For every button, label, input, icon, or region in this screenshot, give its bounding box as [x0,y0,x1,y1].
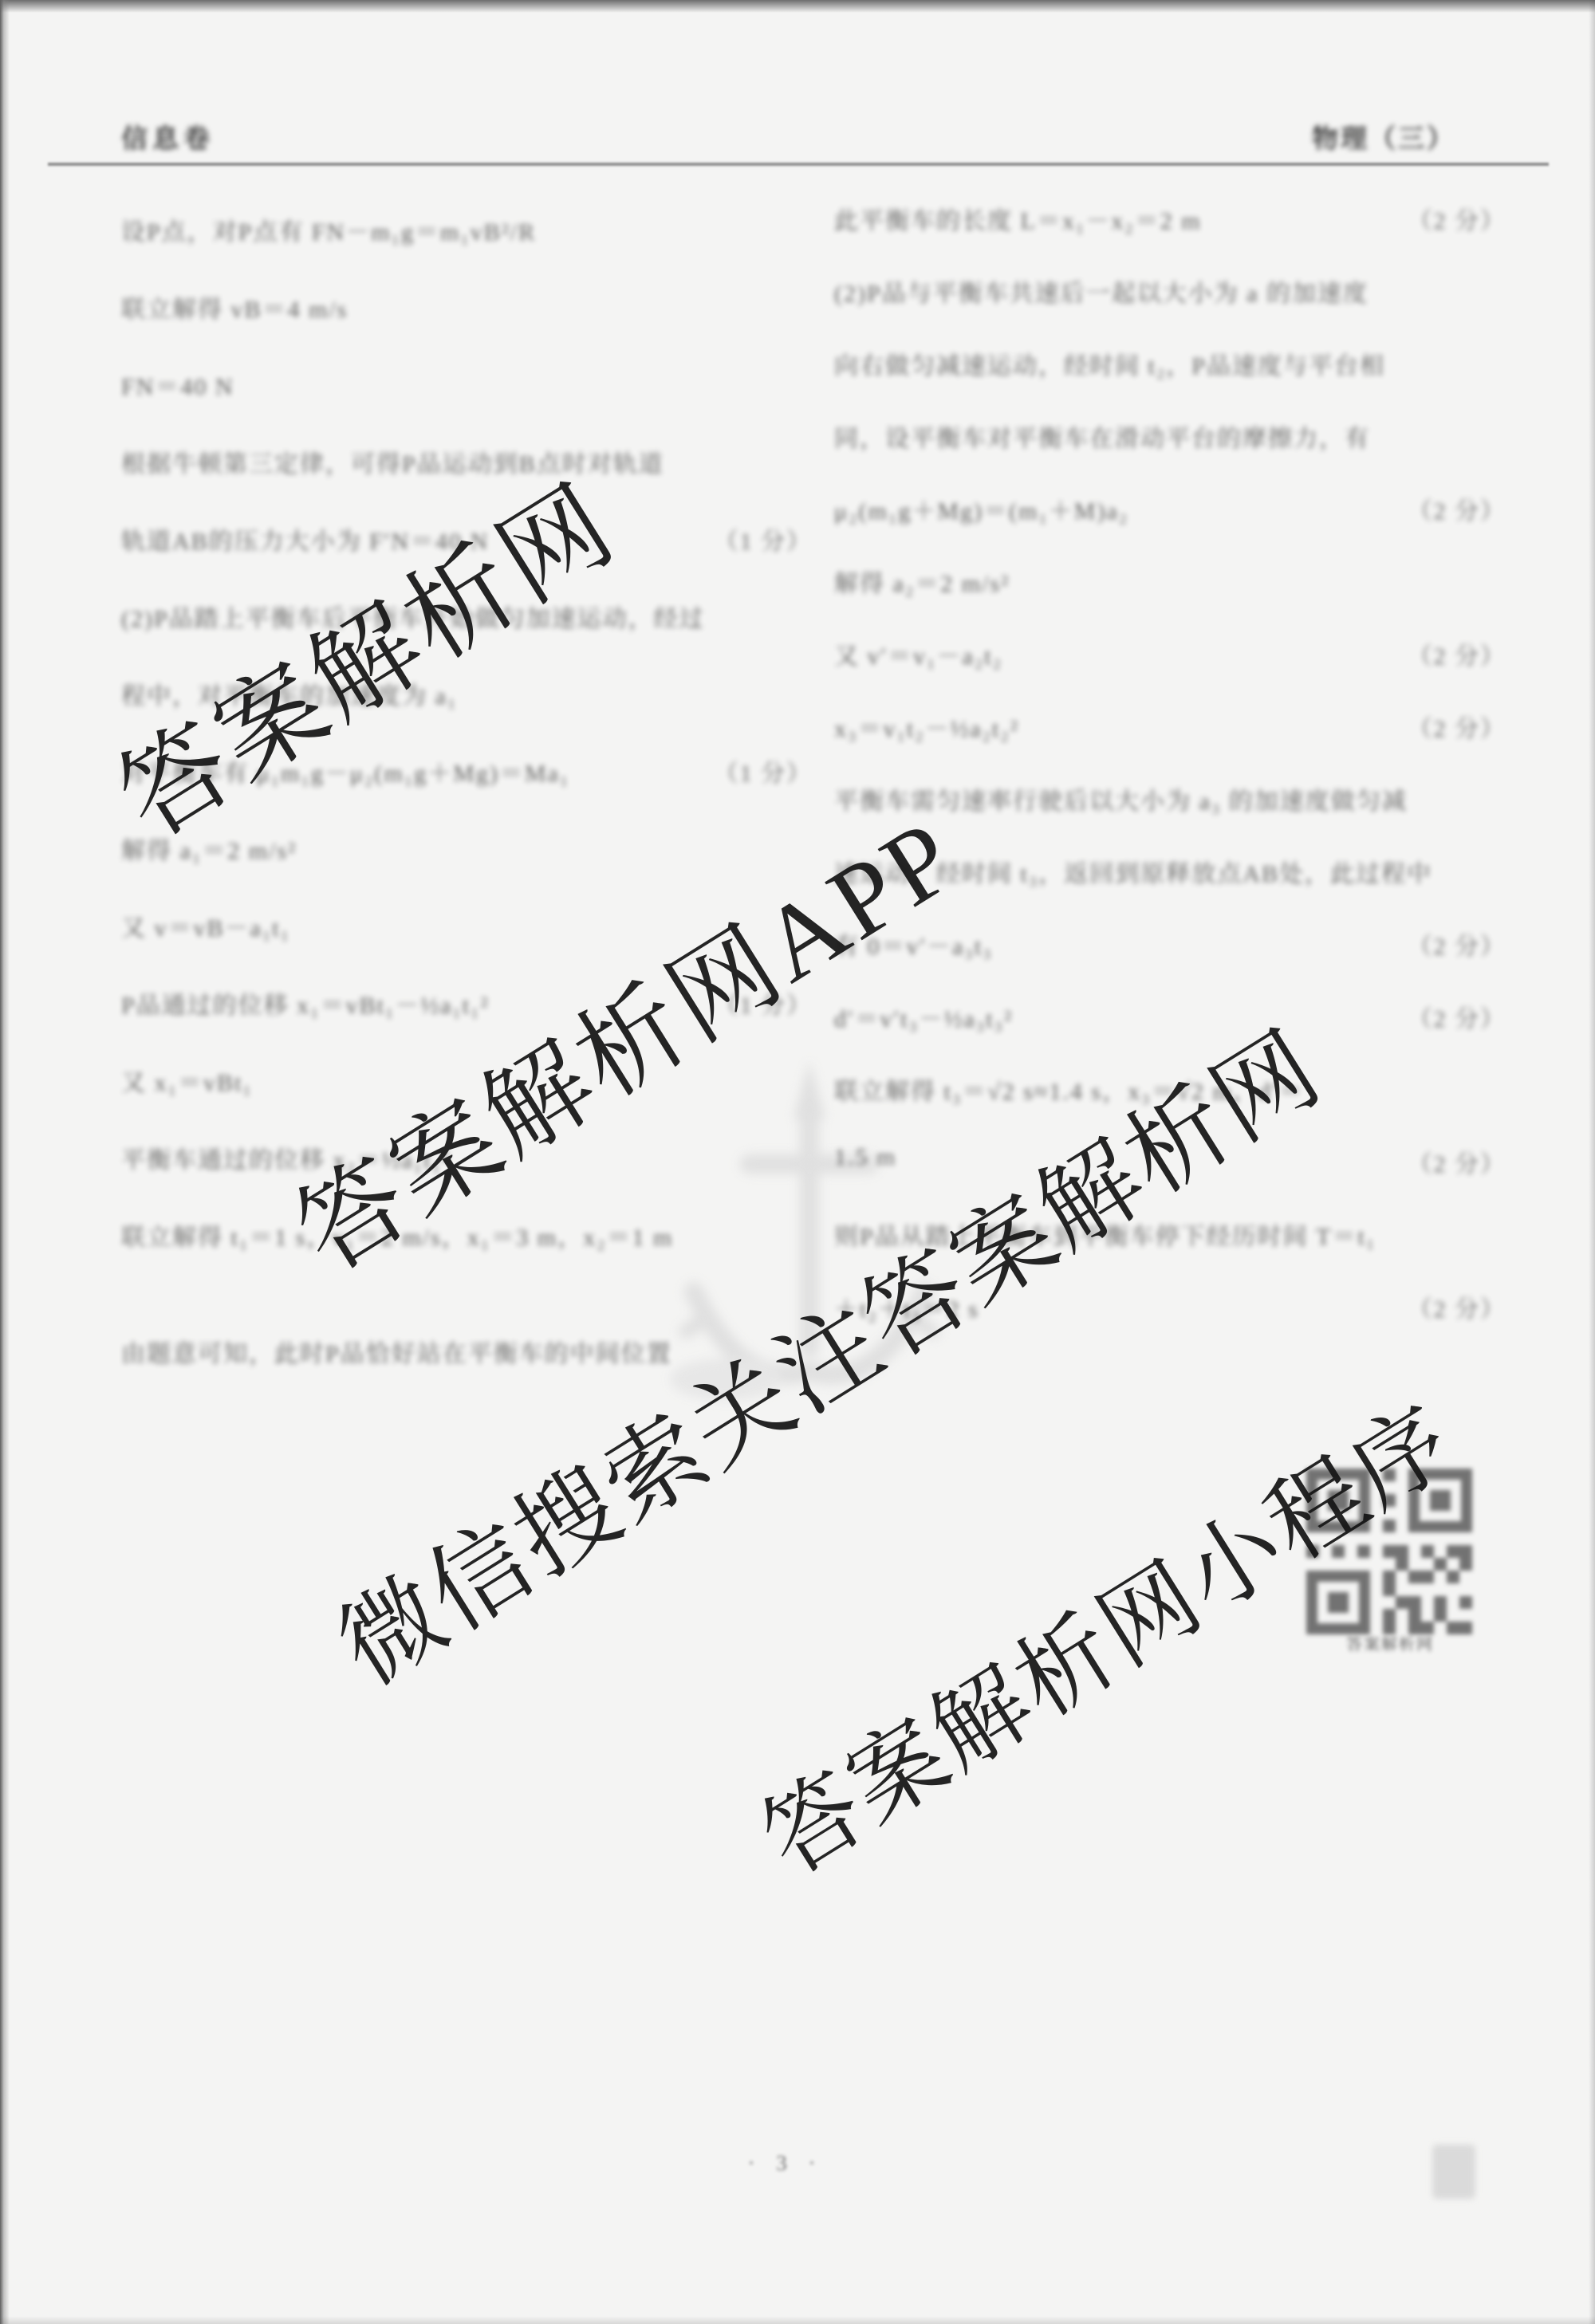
line-text: 解得 a₂＝2 m/s² [834,564,1010,597]
text-line: 平衡车需匀速率行驶后以大小为 a₃ 的加速度做匀减 [834,781,1506,815]
scan-edge-bottom [0,2316,1595,2324]
score-mark: （1 分） [699,521,813,555]
scan-stamp [1432,2145,1475,2199]
scan-edge-left [0,0,10,2324]
score-mark: （2 分） [1392,1289,1506,1323]
text-line: 联立解得 vB＝4 m/s [121,289,812,323]
score-mark: （2 分） [1392,636,1506,670]
line-text: 又 x₁＝vBt₁ [121,1063,253,1096]
scan-edge-top [0,0,1595,13]
text-line: 向右做匀减速运动，经时间 t₂，P品速度与平台相 [834,346,1506,379]
line-text: x₃＝v₁t₂－½a₂t₂² [834,709,1019,742]
header-right-title: 物理（三） [1312,118,1455,155]
text-line: d′＝v′t₃－½a₃t₃²（2 分） [834,999,1506,1032]
line-text: 联立解得 vB＝4 m/s [121,289,348,323]
line-text: 1.5 m [834,1144,896,1171]
line-text: d′＝v′t₃－½a₃t₃² [834,999,1013,1032]
qr-caption: 答案解析网 [1314,1631,1466,1654]
line-text: 设P点，对P点有 FN－m₁g＝m₁vB²/R [121,212,536,246]
header-left-title: 信息卷 [121,118,215,155]
text-line: 有 0＝v′－a₃t₃（2 分） [834,926,1506,960]
scan-edge-right [1589,0,1595,2324]
text-line: 此平衡车的长度 L＝x₁－x₂＝2 m（2 分） [834,201,1506,234]
text-line: 根据牛顿第三定律，可得P品运动到B点时对轨道 [121,444,812,478]
line-text: 又 v′＝v₁－a₂t₂ [834,636,1002,670]
score-mark: （2 分） [1392,926,1506,960]
line-text: 根据牛顿第三定律，可得P品运动到B点时对轨道 [121,444,664,478]
text-line: μ₂(m₁g＋Mg)＝(m₁＋M)a₂（2 分） [834,491,1506,525]
text-line: 解得 a₁＝2 m/s² [121,831,812,864]
line-text: 此平衡车的长度 L＝x₁－x₂＝2 m [834,201,1202,234]
line-text: (2)P品与平衡车共速后一起以大小为 a 的加速度 [834,273,1369,307]
score-mark: （2 分） [1392,201,1506,234]
page-number: · 3 · [722,2151,849,2176]
scanned-answer-page: 信息卷 物理（三） 设P点，对P点有 FN－m₁g＝m₁vB²/R 联立解得 v… [0,0,1595,2324]
text-line: 解得 a₂＝2 m/s² [834,564,1506,597]
text-line: 又 v′＝v₁－a₂t₂（2 分） [834,636,1506,670]
score-mark: （2 分） [1392,1144,1506,1178]
score-mark: （1 分） [699,753,813,787]
line-text: 同，设平衡车对平衡车在滑动平台的摩擦力，有 [834,419,1370,452]
score-mark: （2 分） [1392,491,1506,525]
line-text: FN＝40 N [121,367,234,400]
text-line: 同，设平衡车对平衡车在滑动平台的摩擦力，有 [834,419,1506,452]
line-text: 由题意可知，此时P品恰好站在平衡车的中间位置 [121,1334,672,1367]
text-line: 设P点，对P点有 FN－m₁g＝m₁vB²/R [121,212,812,246]
line-text: P品通过的位移 x₁＝vBt₁－½a₁t₁² [121,985,490,1019]
line-text: μ₂(m₁g＋Mg)＝(m₁＋M)a₂ [834,491,1128,525]
line-text: 又 v＝vB－a₁t₁ [121,908,290,942]
text-line: FN＝40 N [121,367,812,400]
score-mark: （2 分） [1392,709,1506,742]
score-mark: （2 分） [1392,999,1506,1032]
text-line: (2)P品与平衡车共速后一起以大小为 a 的加速度 [834,273,1506,307]
header-rule [48,163,1549,166]
text-line: x₃＝v₁t₂－½a₂t₂²（2 分） [834,709,1506,742]
line-text: 向右做匀减速运动，经时间 t₂，P品速度与平台相 [834,346,1385,379]
